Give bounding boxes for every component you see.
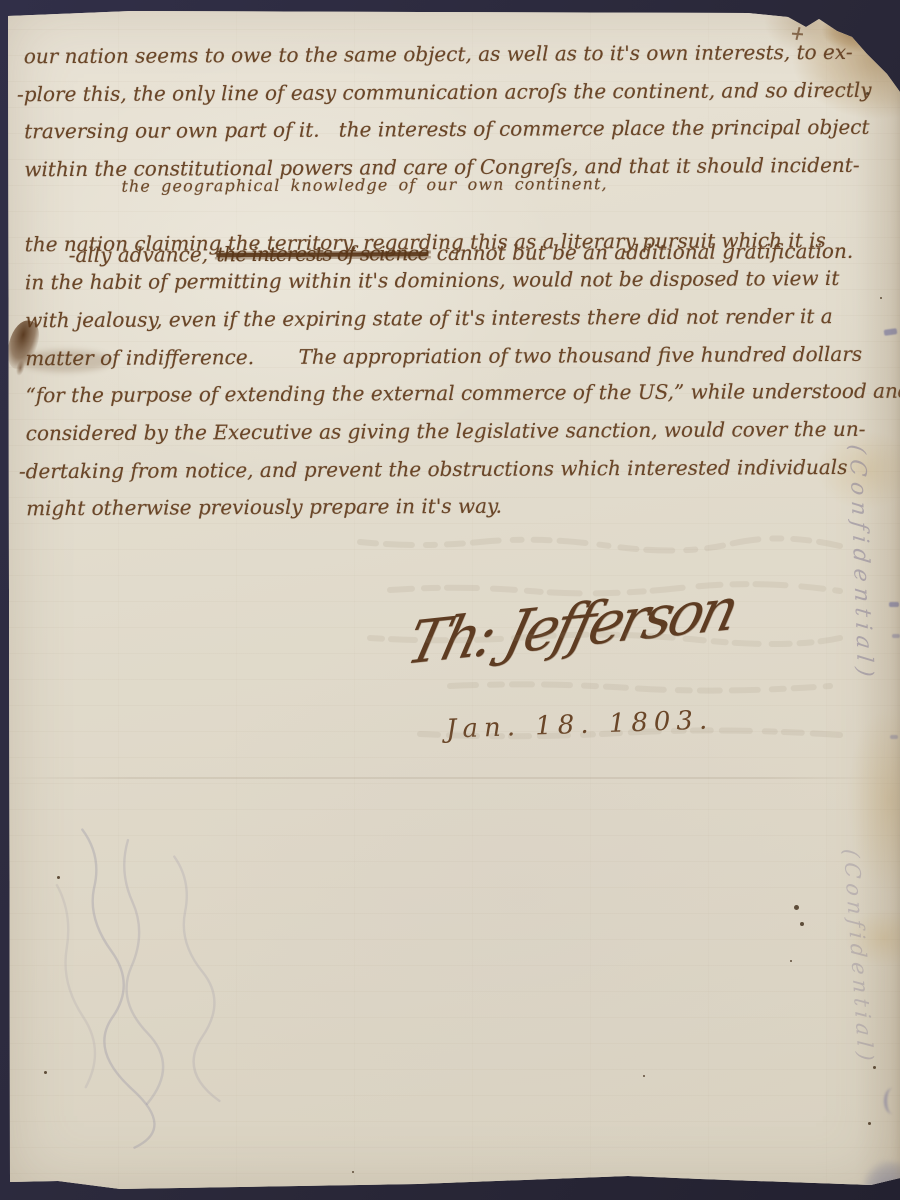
manuscript-line: considered by the Executive as giving th… — [26, 417, 878, 459]
manuscript-line: -plore this, the only line of easy commu… — [17, 77, 876, 119]
ink-speck — [352, 1171, 354, 1173]
line-text: cannot but be an additional gratificatio… — [430, 239, 853, 265]
line-text: matter of indifference. The appropriatio… — [25, 341, 862, 369]
ink-speck — [643, 1075, 645, 1077]
line-text: -dertaking from notice, and prevent the … — [19, 454, 848, 482]
manuscript-line: in the habit of permitting within it's d… — [25, 266, 877, 308]
ink-speck — [868, 1122, 871, 1125]
line-text: our nation seems to owe to the same obje… — [24, 40, 853, 68]
date-line: Jan. 18. 1803. — [446, 705, 714, 744]
jefferson-signature: Th: Jefferson — [400, 574, 742, 678]
line-text: traversing our own part of it. the inter… — [24, 115, 869, 143]
pen-tick-mark — [792, 27, 803, 40]
ink-speck — [57, 876, 60, 879]
blue-pigment-mark — [890, 735, 898, 739]
ink-speck — [866, 92, 869, 95]
blue-smudge — [862, 1157, 900, 1200]
manuscript-line: “for the purpose of extending the extern… — [25, 379, 877, 421]
ink-speck — [873, 1066, 876, 1069]
line-text: considered by the Executive as giving th… — [26, 417, 866, 445]
line-text: -ally advance, — [69, 242, 215, 267]
ink-speck — [800, 922, 804, 926]
line-text: “for the purpose of extending the extern… — [25, 379, 900, 408]
manuscript-line: might otherwise previously prepare in it… — [26, 492, 878, 534]
manuscript-line: with jealousy, even if the expiring stat… — [25, 304, 877, 346]
bleedthrough-writing-left — [30, 799, 315, 1200]
fold-crease — [0, 777, 900, 779]
blue-pigment-mark — [889, 602, 899, 607]
blue-pigment-mark — [884, 328, 898, 336]
manuscript-line: traversing our own part of it. the inter… — [24, 115, 876, 157]
blue-pigment-mark — [892, 634, 900, 638]
manuscript-line: -dertaking from notice, and prevent the … — [19, 454, 878, 496]
line-text: -plore this, the only line of easy commu… — [17, 77, 872, 105]
manuscript-line-with-correction: the geographical knowledge of our own co… — [18, 191, 877, 233]
blue-smudge-curl — [884, 1088, 900, 1114]
line-text: with jealousy, even if the expiring stat… — [25, 304, 833, 332]
ink-speck — [790, 960, 792, 962]
struck-through-text: the interests of science — [214, 241, 430, 266]
line-text: in the habit of permitting within it's d… — [25, 266, 839, 294]
ink-speck — [794, 905, 799, 910]
ink-speck — [880, 297, 882, 299]
interlined-insertion: the geographical knowledge of our own co… — [121, 174, 607, 196]
ink-speck — [44, 1071, 47, 1074]
photo-background: our nation seems to owe to the same obje… — [0, 0, 900, 1200]
ink-smudge — [20, 350, 112, 372]
manuscript-page: our nation seems to owe to the same obje… — [0, 0, 900, 1200]
line-text: might otherwise previously prepare in it… — [26, 494, 502, 520]
margin-note-confidential-2: (Confidential) — [839, 848, 878, 1066]
letter-body: our nation seems to owe to the same obje… — [24, 40, 879, 534]
manuscript-line: our nation seems to owe to the same obje… — [24, 40, 876, 82]
manuscript-line: matter of indifference. The appropriatio… — [25, 341, 877, 383]
